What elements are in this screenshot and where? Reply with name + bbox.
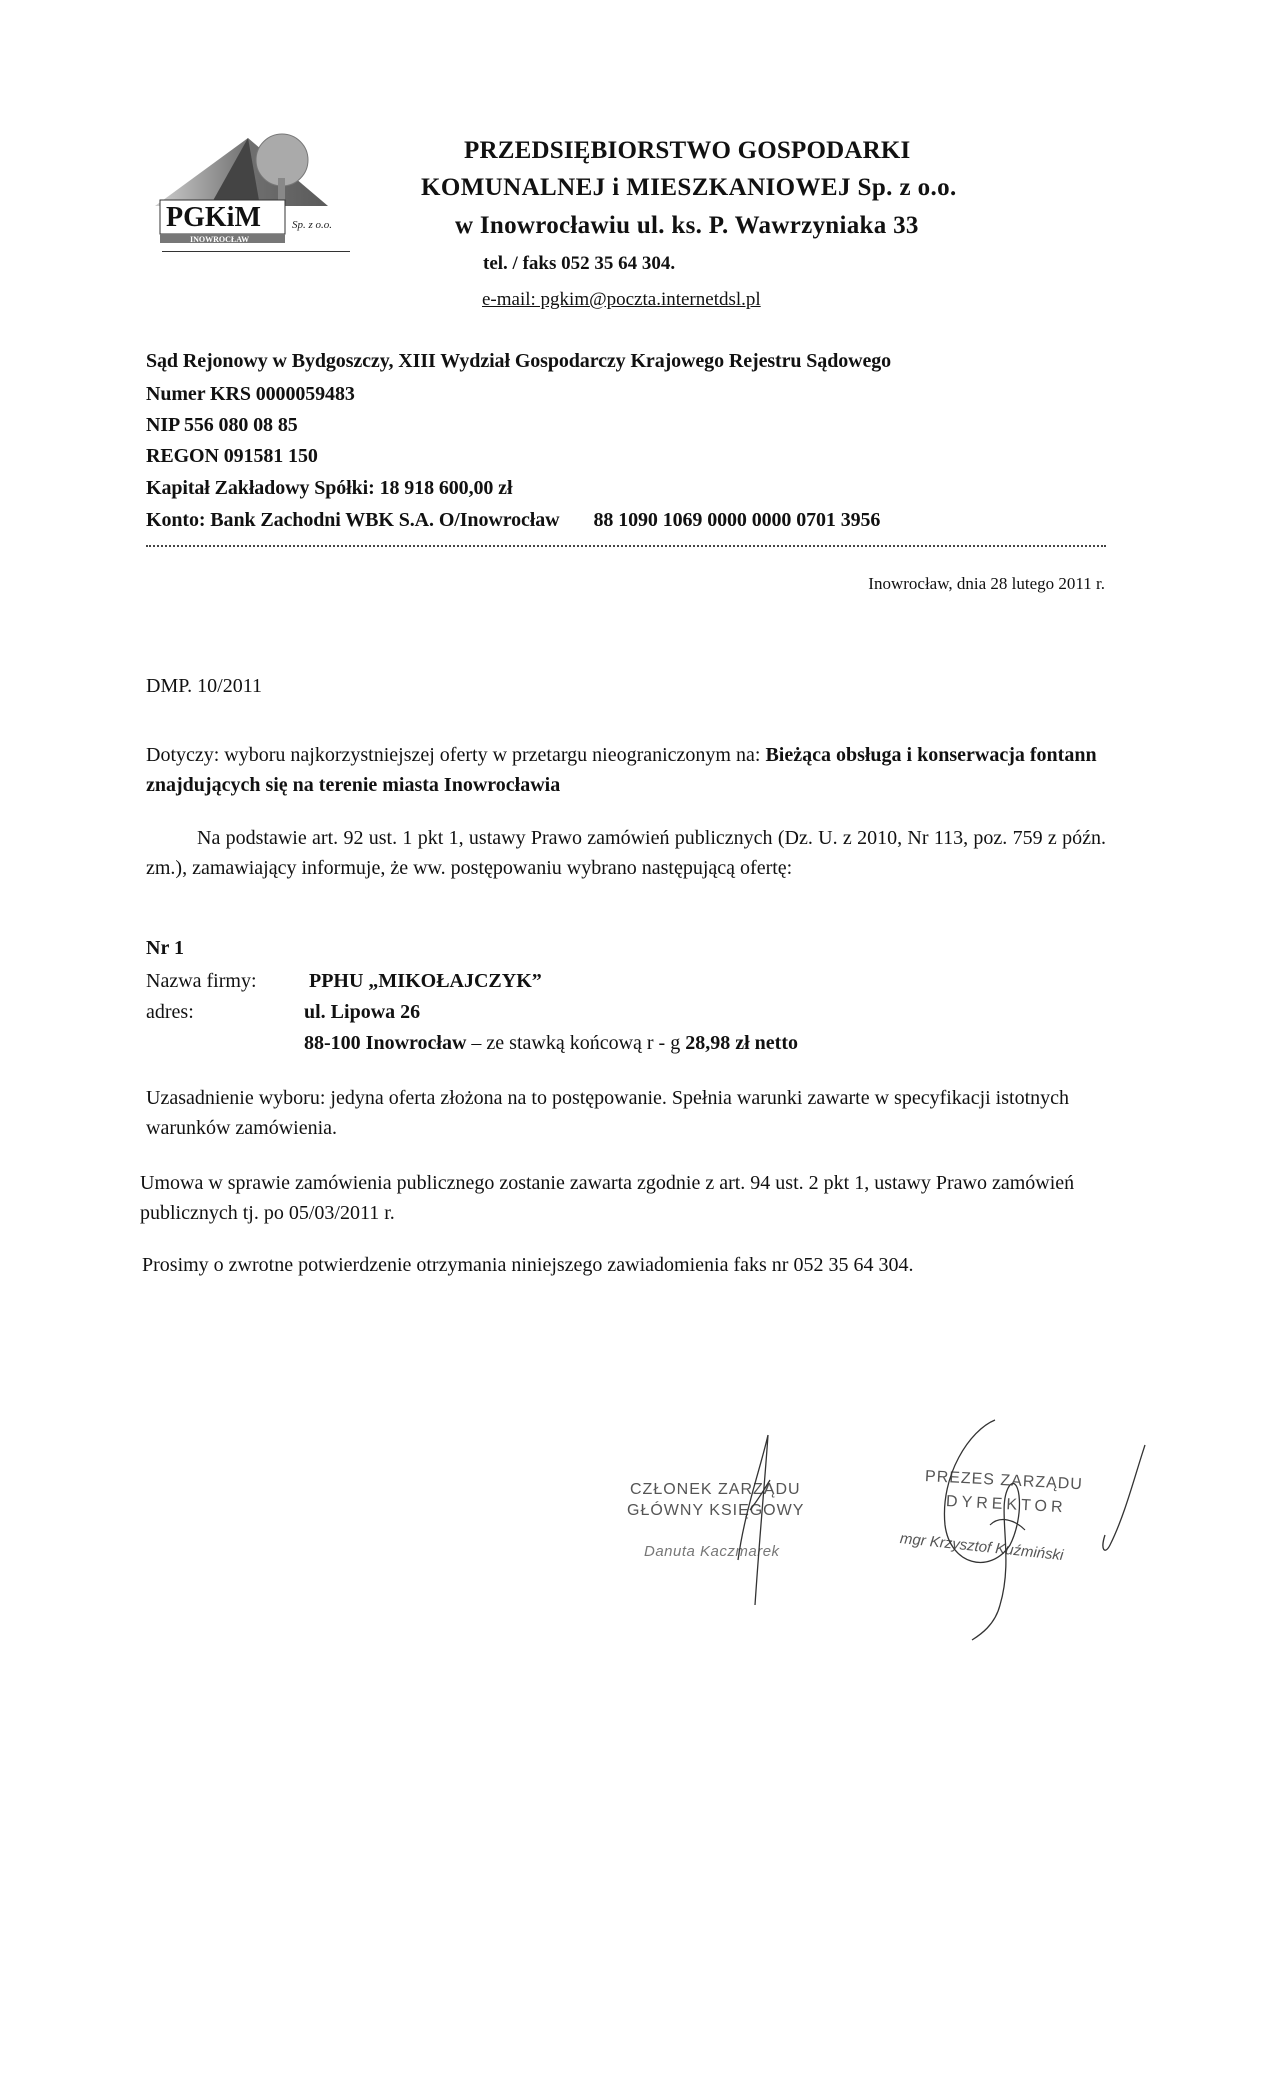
contract-paragraph: Umowa w sprawie zamówienia publicznego z… <box>140 1168 1100 1228</box>
firm-name: PPHU „MIKOŁAJCZYK” <box>309 970 542 993</box>
rate-value: 28,98 zł netto <box>685 1032 798 1054</box>
rate-text: – ze stawką końcową r - g <box>466 1032 685 1054</box>
subject-prefix: Dotyczy: wyboru najkorzystniejszej ofert… <box>146 744 765 766</box>
offer-number: Nr 1 <box>146 937 184 960</box>
company-phone: tel. / faks 052 35 64 304. <box>483 253 675 275</box>
registry-capital: Kapitał Zakładowy Spółki: 18 918 600,00 … <box>146 477 512 500</box>
registry-regon: REGON 091581 150 <box>146 445 318 468</box>
address-city-rate: 88-100 Inowrocław – ze stawką końcową r … <box>304 1032 798 1055</box>
subject-paragraph: Dotyczy: wyboru najkorzystniejszej ofert… <box>146 740 1106 800</box>
company-address: w Inowrocławiu ul. ks. P. Wawrzyniaka 33 <box>455 212 919 240</box>
registry-nip: NIP 556 080 08 85 <box>146 414 298 437</box>
address-street: ul. Lipowa 26 <box>304 1001 420 1024</box>
account-bank: Konto: Bank Zachodni WBK S.A. O/Inowrocł… <box>146 509 560 531</box>
document-reference: DMP. 10/2011 <box>146 675 262 698</box>
account-number: 88 1090 1069 0000 0000 0701 3956 <box>594 509 881 531</box>
company-name-line2: KOMUNALNEJ i MIESZKANIOWEJ Sp. z o.o. <box>421 174 957 202</box>
dotted-separator <box>146 545 1106 547</box>
company-logo: PGKiM Sp. z o.o. INOWROCŁAW <box>150 128 350 254</box>
address-label: adres: <box>146 1001 194 1024</box>
registry-court: Sąd Rejonowy w Bydgoszczy, XIII Wydział … <box>146 350 891 373</box>
logo-underline <box>162 251 350 252</box>
company-email-link[interactable]: e-mail: pgkim@poczta.internetdsl.pl <box>482 289 761 311</box>
company-name-line1: PRZEDSIĘBIORSTWO GOSPODARKI <box>464 137 910 165</box>
registry-krs: Numer KRS 0000059483 <box>146 383 355 406</box>
justification-paragraph: Uzasadnienie wyboru: jedyna oferta złożo… <box>146 1083 1086 1143</box>
firm-label: Nazwa firmy: <box>146 970 257 993</box>
address-city: 88-100 Inowrocław <box>304 1032 466 1054</box>
svg-text:INOWROCŁAW: INOWROCŁAW <box>190 235 249 244</box>
handwritten-signature-2 <box>900 1415 1160 1645</box>
svg-text:PGKiM: PGKiM <box>166 202 261 233</box>
legal-basis-paragraph: Na podstawie art. 92 ust. 1 pkt 1, ustaw… <box>146 823 1106 883</box>
svg-text:Sp. z o.o.: Sp. z o.o. <box>292 219 332 231</box>
document-date: Inowrocław, dnia 28 lutego 2011 r. <box>868 574 1105 594</box>
legal-basis-text: Na podstawie art. 92 ust. 1 pkt 1, ustaw… <box>146 827 1106 879</box>
registry-account: Konto: Bank Zachodni WBK S.A. O/Inowrocł… <box>146 509 880 532</box>
handwritten-signature-1 <box>720 1430 780 1610</box>
confirmation-request-paragraph: Prosimy o zwrotne potwierdzenie otrzyman… <box>142 1250 1102 1280</box>
